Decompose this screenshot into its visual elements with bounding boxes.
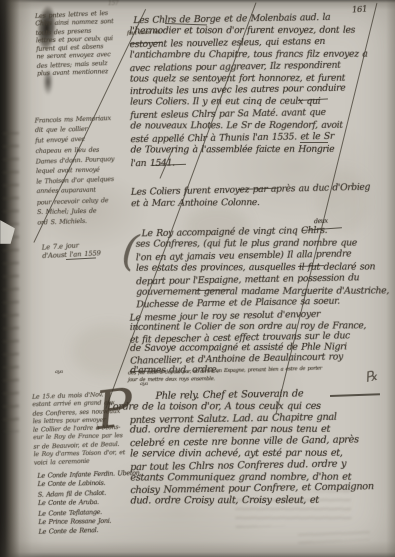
margin-note-1: Les pntes lettres et lesChlrs ainsi nomm… <box>35 8 129 78</box>
paragraph-4-interline: des fut celle a depuis por, et arriva en… <box>128 366 322 385</box>
knight-list: Le Conde Infante Ferdin. Ubeton.Le Conte… <box>37 469 160 537</box>
interline-mark: aya <box>55 369 63 375</box>
faint-folio-mark: 157 <box>108 0 118 7</box>
text-line: et à Marc Anthoine Colonne. <box>131 195 389 210</box>
interline-mark: aya <box>140 381 148 387</box>
margin-line: ord S. Michiels. <box>37 214 127 227</box>
ink-bleedthrough <box>298 526 371 544</box>
paragraph-1: Les Chlrs de Borge et de Molenbais aud. … <box>129 12 392 169</box>
paragraph-3: Le Roy accompaigné de vingt cinq Chlrs.s… <box>136 225 393 311</box>
gutter-ghost-marks <box>3 132 19 432</box>
text-line: dud. ordre Croisy ault, Croisy esleut, e… <box>130 495 392 508</box>
paragraph-2: Les Coliers furent envoyez par après au … <box>131 182 389 211</box>
interline-text: jour de mettre deux roys ensemble. <box>128 374 322 384</box>
list-item: Le Conte de Renal. <box>38 525 160 538</box>
flourished-initial: P <box>92 378 137 442</box>
manuscript-page-scan: 161 157 Les pntes lettres et lesChlrs ai… <box>0 0 395 557</box>
underline-mark <box>66 257 96 260</box>
paraph-mark: ℞ <box>363 368 379 386</box>
paragraph-5: Phle rely. Chef et Souverain del'ordre d… <box>129 388 392 508</box>
margin-line: voici la ceremonie <box>34 457 136 469</box>
underline-mark <box>300 142 328 143</box>
